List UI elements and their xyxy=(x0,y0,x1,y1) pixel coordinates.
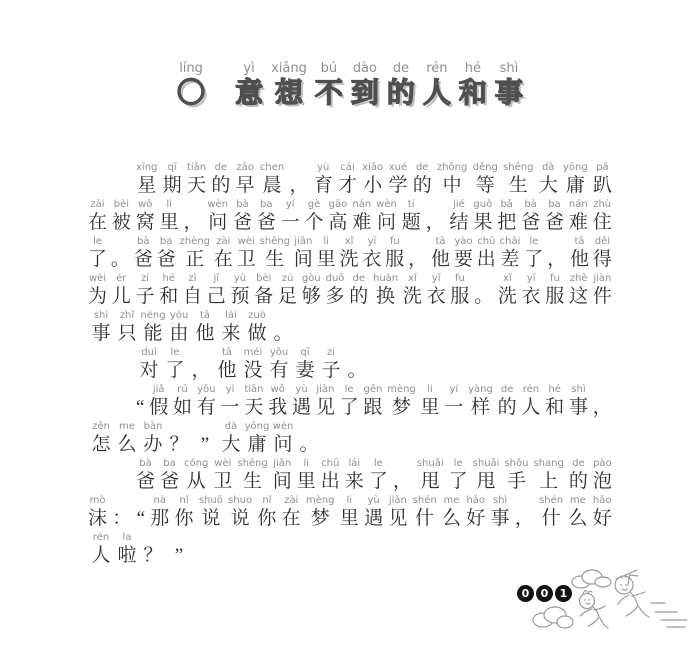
hanzi-with-pinyin: tā他 xyxy=(431,235,450,272)
hanzi-text: 衣 xyxy=(427,285,446,309)
hanzi-text: 什 xyxy=(542,507,561,531)
punctuation: ： xyxy=(112,494,131,531)
hanzi-with-pinyin: zi子 xyxy=(318,346,344,383)
hanzi-with-pinyin: bèi备 xyxy=(254,272,273,309)
hanzi-text: 被 xyxy=(112,211,131,235)
hanzi-text: 一 xyxy=(221,396,240,420)
hanzi-text: 卫 xyxy=(237,248,256,272)
hanzi-with-pinyin: jiàn件 xyxy=(593,272,612,309)
pinyin-text: jié xyxy=(453,198,465,211)
hanzi-with-pinyin: lái来 xyxy=(218,309,244,346)
pinyin-text: zì xyxy=(188,272,196,285)
pinyin-text: yí xyxy=(286,198,295,211)
pinyin-text: chen xyxy=(260,161,284,174)
hanzi-with-pinyin: yí一 xyxy=(444,383,463,420)
pinyin-text: yōng xyxy=(245,420,270,433)
hanzi-with-pinyin: chū出 xyxy=(477,235,496,272)
hanzi-text: 服 xyxy=(545,285,564,309)
hanzi-text: 爸 xyxy=(160,470,179,494)
pinyin-text: nǐ xyxy=(179,494,188,507)
pinyin-text: la xyxy=(123,531,132,544)
hanzi-text: 爸 xyxy=(257,211,276,235)
hanzi-with-pinyin: li里 xyxy=(297,457,316,494)
title-char: 人 xyxy=(423,77,451,109)
hanzi-text: 妻 xyxy=(295,359,314,383)
hanzi-text: 中 xyxy=(443,174,462,198)
hanzi-with-pinyin: chāi差 xyxy=(500,235,521,272)
hanzi-text: 难 xyxy=(352,211,371,235)
text-line: bà爸ba爸cóng从wèi卫shēng生jiān间li里chū出lái来le了… xyxy=(88,457,612,494)
pinyin-text: xǐ xyxy=(408,272,417,285)
hanzi-with-pinyin: rén人 xyxy=(88,531,114,568)
hanzi-with-pinyin: shēng生 xyxy=(503,161,533,198)
punctuation: ， xyxy=(515,494,534,531)
pinyin-text: shuǎi xyxy=(473,457,500,470)
hanzi-with-pinyin: yù育 xyxy=(314,161,333,198)
hanzi-text: 备 xyxy=(254,285,273,309)
hanzi-text: ， xyxy=(593,396,612,420)
hanzi-text: 爸 xyxy=(134,248,153,272)
hanzi-text: 假 xyxy=(149,396,168,420)
pinyin-text: fu xyxy=(390,235,400,248)
pinyin-text: jiān xyxy=(294,235,312,248)
hanzi-with-pinyin: wèi卫 xyxy=(237,235,256,272)
hanzi-text: 子 xyxy=(321,359,340,383)
title-token: bú不 xyxy=(315,60,343,109)
hanzi-with-pinyin: yì一 xyxy=(221,383,240,420)
pinyin-text: zǎo xyxy=(236,161,254,174)
pinyin-text: yōng xyxy=(563,161,588,174)
hanzi-text: 才 xyxy=(338,174,357,198)
pinyin-text: zhèng xyxy=(180,235,210,248)
pinyin-text: fu xyxy=(550,272,560,285)
pinyin-text: bà xyxy=(137,235,149,248)
hanzi-with-pinyin: mèng梦 xyxy=(306,494,335,531)
pinyin-text: zhù xyxy=(593,198,611,211)
hanzi-with-pinyin: fu服 xyxy=(545,272,564,309)
hanzi-with-pinyin: zǎo早 xyxy=(236,161,255,198)
hanzi-text: 自 xyxy=(183,285,202,309)
pinyin-text: wǒ xyxy=(271,383,285,396)
hanzi-text: ， xyxy=(191,359,210,383)
hanzi-with-pinyin: shuǎi甩 xyxy=(417,457,444,494)
hanzi-text: 庸 xyxy=(247,433,266,457)
hanzi-with-pinyin: jiān间 xyxy=(273,457,292,494)
pinyin-text: shén xyxy=(539,494,563,507)
hanzi-with-pinyin: yóu由 xyxy=(166,309,192,346)
hanzi-text: 大 xyxy=(221,433,240,457)
hanzi-with-pinyin: wǒ我 xyxy=(268,383,287,420)
hanzi-text: 里 xyxy=(160,211,179,235)
hanzi-with-pinyin: tí题 xyxy=(402,198,421,235)
pinyin-text: yù xyxy=(234,272,246,285)
pinyin-text: zěn xyxy=(92,420,110,433)
pinyin-text: jiàn xyxy=(316,383,334,396)
hanzi-text: 爸 xyxy=(521,211,540,235)
title-pinyin: dào xyxy=(353,60,377,77)
hanzi-with-pinyin: hǎo好 xyxy=(593,494,612,531)
punctuation: ， xyxy=(393,457,412,494)
hanzi-text: ” xyxy=(175,544,183,568)
hanzi-with-pinyin: méi没 xyxy=(240,346,266,383)
title-char: 和 xyxy=(459,77,487,109)
pinyin-text: chāi xyxy=(500,235,521,248)
hanzi-text: 甩 xyxy=(421,470,440,494)
pinyin-text: gè xyxy=(308,198,321,211)
pinyin-text: gòu xyxy=(302,272,321,285)
pinyin-text: de xyxy=(572,457,585,470)
hanzi-with-pinyin: tiān天 xyxy=(187,161,206,198)
hanzi-text: ， xyxy=(408,248,427,272)
cloud-icon xyxy=(533,607,573,628)
hanzi-text: 小 xyxy=(363,174,382,198)
hanzi-with-pinyin: nán难 xyxy=(569,198,588,235)
hanzi-with-pinyin: bàn办 xyxy=(140,420,166,457)
hanzi-with-pinyin: jiǎ假 xyxy=(149,383,168,420)
hanzi-text: 把 xyxy=(497,211,516,235)
pinyin-text: le xyxy=(171,346,180,359)
text-line: xīng星qī期tiān天de的zǎo早chen晨，yù育cái才xiǎo小xu… xyxy=(88,161,612,198)
pinyin-text: dà xyxy=(225,420,237,433)
hanzi-text: 人 xyxy=(91,544,110,568)
hanzi-text: 上 xyxy=(539,470,558,494)
text-line: rén人la啦？” xyxy=(88,531,612,568)
hanzi-with-pinyin: cái才 xyxy=(338,161,357,198)
hanzi-text: 育 xyxy=(314,174,333,198)
text-line: shì事zhǐ只néng能yóu由tā他lái来zuò做。 xyxy=(88,309,612,346)
hanzi-text: 和 xyxy=(545,396,564,420)
page-number-digit: 1 xyxy=(555,585,572,602)
pinyin-text: fu xyxy=(455,272,465,285)
hanzi-with-pinyin: jǐ己 xyxy=(207,272,226,309)
hanzi-with-pinyin: wèn问 xyxy=(207,198,228,235)
hanzi-text: 的 xyxy=(413,174,432,198)
pinyin-text: wèi xyxy=(214,457,231,470)
punctuation: ， xyxy=(184,198,203,235)
pinyin-text: de xyxy=(353,272,366,285)
title-token: hé和 xyxy=(459,60,487,109)
title-token: yì意 xyxy=(235,60,263,109)
page-number-digit: 0 xyxy=(536,585,553,602)
hanzi-text: ， xyxy=(547,248,566,272)
pinyin-text: wèn xyxy=(273,420,294,433)
hanzi-with-pinyin: shang上 xyxy=(533,457,563,494)
hanzi-with-pinyin: yī衣 xyxy=(522,272,541,309)
hanzi-with-pinyin: bà爸 xyxy=(136,457,155,494)
pinyin-text: tiān xyxy=(244,383,263,396)
pinyin-text: zhǐ xyxy=(120,309,134,322)
hanzi-text: ” xyxy=(201,433,209,457)
hanzi-with-pinyin: bà爸 xyxy=(521,198,540,235)
hanzi-with-pinyin: xǐ洗 xyxy=(403,272,422,309)
pinyin-text: ba xyxy=(163,457,175,470)
pinyin-text: shì xyxy=(571,383,585,396)
hanzi-text: 有 xyxy=(197,396,216,420)
hanzi-with-pinyin: jiān间 xyxy=(294,235,313,272)
hanzi-text: 只 xyxy=(117,322,136,346)
hanzi-text: 你 xyxy=(175,507,194,531)
hanzi-with-pinyin: de的 xyxy=(569,457,588,494)
hanzi-with-pinyin: yù遇 xyxy=(292,383,311,420)
title-char: 的 xyxy=(387,77,415,109)
hanzi-text: 能 xyxy=(143,322,162,346)
hanzi-text: 啦 xyxy=(117,544,136,568)
hanzi-text: 一 xyxy=(281,211,300,235)
hanzi-with-pinyin: rén人 xyxy=(521,383,540,420)
hanzi-text: 如 xyxy=(173,396,192,420)
pinyin-text: bà xyxy=(139,457,151,470)
pinyin-text: duì xyxy=(141,346,156,359)
hanzi-text: 见 xyxy=(388,507,407,531)
pinyin-text: shì xyxy=(493,494,507,507)
text-line: “jiǎ假rú如yǒu有yì一tiān天wǒ我yù遇jiàn见le了gēn跟mè… xyxy=(88,383,612,420)
pinyin-text: hǎo xyxy=(593,494,612,507)
pinyin-text: bèi xyxy=(114,198,129,211)
hanzi-text: 间 xyxy=(294,248,313,272)
hanzi-text: 人 xyxy=(521,396,540,420)
hanzi-with-pinyin: yī衣 xyxy=(427,272,446,309)
hanzi-with-pinyin: shén什 xyxy=(539,494,563,531)
hanzi-text: 生 xyxy=(265,248,284,272)
hanzi-text: 对 xyxy=(139,359,158,383)
hanzi-with-pinyin: yī衣 xyxy=(362,235,381,272)
pinyin-text: dà xyxy=(542,161,554,174)
hanzi-with-pinyin: fu服 xyxy=(385,235,404,272)
hanzi-text: 什 xyxy=(415,507,434,531)
pinyin-text: mèng xyxy=(306,494,335,507)
pinyin-text: lái xyxy=(225,309,237,322)
hanzi-text: 里 xyxy=(317,248,336,272)
hanzi-text: 天 xyxy=(244,396,263,420)
pinyin-text: děng xyxy=(473,161,498,174)
hanzi-with-pinyin: guǒ果 xyxy=(473,198,492,235)
pinyin-text: gāo xyxy=(329,198,348,211)
pinyin-text: zuò xyxy=(248,309,266,322)
title-pinyin: rén xyxy=(426,60,447,77)
text-line: zěn怎me么bàn办？”dà大yōng庸wèn问。 xyxy=(88,420,612,457)
story-text: xīng星qī期tiān天de的zǎo早chen晨，yù育cái才xiǎo小xu… xyxy=(88,161,612,568)
hanzi-with-pinyin: yǒu有 xyxy=(197,383,216,420)
hanzi-with-pinyin: nǐ你 xyxy=(175,494,194,531)
pinyin-text: le xyxy=(93,235,102,248)
punctuation: 。 xyxy=(344,346,370,383)
hanzi-with-pinyin: qī期 xyxy=(163,161,182,198)
hanzi-with-pinyin: gòu够 xyxy=(302,272,321,309)
pinyin-text: tā xyxy=(200,309,210,322)
hanzi-text: ， xyxy=(393,470,412,494)
hanzi-with-pinyin: wō窝 xyxy=(136,198,155,235)
hanzi-with-pinyin: zhōng中 xyxy=(437,161,467,198)
punctuation: ” xyxy=(166,531,192,568)
hanzi-with-pinyin: mèng梦 xyxy=(387,383,416,420)
punctuation: “ xyxy=(137,494,145,531)
hanzi-text: 么 xyxy=(568,507,587,531)
hanzi-text: 足 xyxy=(278,285,297,309)
pinyin-text: xǐ xyxy=(503,272,512,285)
pinyin-text: děi xyxy=(595,235,610,248)
hanzi-with-pinyin: zěn怎 xyxy=(88,420,114,457)
pinyin-text: nán xyxy=(569,198,588,211)
hanzi-with-pinyin: nán难 xyxy=(352,198,371,235)
hanzi-with-pinyin: hǎo好 xyxy=(466,494,485,531)
pinyin-text: pā xyxy=(596,161,608,174)
pinyin-text: qī xyxy=(300,346,309,359)
punctuation: “ xyxy=(136,383,144,420)
hanzi-with-pinyin: ba爸 xyxy=(257,198,276,235)
hanzi-text: 生 xyxy=(509,174,528,198)
hanzi-with-pinyin: duì对 xyxy=(136,346,162,383)
hanzi-with-pinyin: shēng生 xyxy=(237,457,267,494)
hanzi-text: 大 xyxy=(539,174,558,198)
pinyin-text: zi xyxy=(141,272,149,285)
title-token: rén人 xyxy=(423,60,451,109)
pinyin-text: yí xyxy=(449,383,458,396)
hanzi-text: 件 xyxy=(593,285,612,309)
pinyin-text: néng xyxy=(140,309,165,322)
punctuation: 。 xyxy=(270,309,296,346)
hanzi-with-pinyin: chū出 xyxy=(321,457,340,494)
pinyin-text: shén xyxy=(413,494,437,507)
pinyin-text: jiàn xyxy=(593,272,611,285)
pinyin-text: shì xyxy=(94,309,108,322)
pinyin-text: tiān xyxy=(187,161,206,174)
hanzi-with-pinyin: shì事 xyxy=(569,383,588,420)
title-char: 事 xyxy=(495,77,523,109)
hanzi-with-pinyin: wèn问 xyxy=(376,198,397,235)
pinyin-text: chū xyxy=(477,235,495,248)
pinyin-text: yào xyxy=(454,235,472,248)
pinyin-text: wèn xyxy=(376,198,397,211)
pinyin-text: zhōng xyxy=(437,161,467,174)
pinyin-text: yǒu xyxy=(197,383,215,396)
children-running-illustration xyxy=(527,565,697,645)
hanzi-text: 一 xyxy=(444,396,463,420)
pinyin-text: mèng xyxy=(387,383,416,396)
hanzi-text: 那 xyxy=(150,507,169,531)
pinyin-text: shuo xyxy=(228,494,252,507)
pinyin-text: ba xyxy=(160,235,172,248)
hanzi-text: 趴 xyxy=(593,174,612,198)
hanzi-with-pinyin: huàn换 xyxy=(373,272,398,309)
title-pinyin: xiǎng xyxy=(271,60,307,77)
chapter-title: líng〇yì意xiǎng想bú不dào到de的rén人hé和shì事 xyxy=(0,60,700,109)
hanzi-text: 住 xyxy=(593,211,612,235)
hanzi-text: 这 xyxy=(569,285,588,309)
hanzi-with-pinyin: le了 xyxy=(449,457,468,494)
hanzi-text: 没 xyxy=(243,359,262,383)
hanzi-text: 里 xyxy=(421,396,440,420)
hanzi-text: 沫 xyxy=(88,507,107,531)
pinyin-text: li xyxy=(303,457,309,470)
hanzi-with-pinyin: děng等 xyxy=(473,161,498,198)
pinyin-text: li xyxy=(347,494,353,507)
pinyin-text: wèi xyxy=(89,272,106,285)
hanzi-with-pinyin: shēng生 xyxy=(260,235,290,272)
hanzi-text: ： xyxy=(112,507,131,531)
pinyin-text: yàng xyxy=(468,383,493,396)
hanzi-with-pinyin: le了 xyxy=(340,383,359,420)
pinyin-text: rú xyxy=(177,383,187,396)
text-line: wèi为ér儿zi子hé和zì自jǐ己yù预bèi备zú足gòu够duō多de的… xyxy=(88,272,612,309)
hanzi-with-pinyin: wèi为 xyxy=(88,272,107,309)
hanzi-text: 手 xyxy=(507,470,526,494)
hanzi-text: 事 xyxy=(91,322,110,346)
hanzi-text: 跟 xyxy=(363,396,382,420)
pinyin-text: hé xyxy=(163,272,176,285)
pinyin-text: zi xyxy=(327,346,335,359)
hanzi-with-pinyin: zài在 xyxy=(214,235,233,272)
punctuation: ” xyxy=(192,420,218,457)
pinyin-text: mò xyxy=(90,494,106,507)
pinyin-text: bàn xyxy=(144,420,163,433)
hanzi-with-pinyin: le了 xyxy=(162,346,188,383)
hanzi-with-pinyin: la啦 xyxy=(114,531,140,568)
hanzi-text: 结 xyxy=(449,211,468,235)
pinyin-text: yù xyxy=(295,383,307,396)
hanzi-text: 他 xyxy=(217,359,236,383)
hanzi-text: 怎 xyxy=(91,433,110,457)
hanzi-text: 要 xyxy=(454,248,473,272)
hanzi-text: 他 xyxy=(570,248,589,272)
pinyin-text: nán xyxy=(352,198,371,211)
hanzi-text: 学 xyxy=(388,174,407,198)
hanzi-text: 问 xyxy=(377,211,396,235)
title-char: 不 xyxy=(315,77,343,109)
pinyin-text: tā xyxy=(575,235,585,248)
hanzi-with-pinyin: xīng星 xyxy=(136,161,157,198)
pinyin-text: hé xyxy=(548,383,561,396)
hanzi-text: 窝 xyxy=(136,211,155,235)
pinyin-text: yī xyxy=(527,272,536,285)
hanzi-text: 。 xyxy=(299,433,318,457)
hanzi-text: 问 xyxy=(273,433,292,457)
hanzi-with-pinyin: xǐ洗 xyxy=(498,272,517,309)
pinyin-text: me xyxy=(570,494,586,507)
pinyin-text: duō xyxy=(326,272,345,285)
hanzi-text: 够 xyxy=(302,285,321,309)
hanzi-with-pinyin: děi得 xyxy=(593,235,612,272)
punctuation: ， xyxy=(547,235,566,272)
hanzi-text: 难 xyxy=(569,211,588,235)
hanzi-text: “ xyxy=(137,507,145,531)
hanzi-text: 我 xyxy=(268,396,287,420)
hanzi-text: 从 xyxy=(187,470,206,494)
punctuation: 。 xyxy=(296,420,322,457)
hanzi-text: 儿 xyxy=(112,285,131,309)
text-line: duì对le了，tā他méi没yǒu有qī妻zi子。 xyxy=(88,346,612,383)
child-figure xyxy=(580,591,609,628)
hanzi-text: 为 xyxy=(88,285,107,309)
punctuation: ， xyxy=(188,346,214,383)
pinyin-text: jiān xyxy=(273,457,291,470)
pinyin-text: li xyxy=(323,235,329,248)
hanzi-with-pinyin: duō多 xyxy=(326,272,345,309)
text-line: mò沫：“nà那nǐ你shuō说shuo说nǐ你zài在mèng梦li里yù遇j… xyxy=(88,494,612,531)
pinyin-text: zài xyxy=(90,198,104,211)
hanzi-with-pinyin: zì自 xyxy=(183,272,202,309)
hanzi-text: 。 xyxy=(111,248,130,272)
hanzi-with-pinyin: jiàn见 xyxy=(388,494,407,531)
pinyin-text: yóu xyxy=(170,309,188,322)
pinyin-text: shēng xyxy=(237,457,267,470)
hanzi-with-pinyin: de的 xyxy=(413,161,432,198)
hanzi-text: 爸 xyxy=(136,470,155,494)
title-token: dào到 xyxy=(351,60,379,109)
pinyin-text: ba xyxy=(260,198,272,211)
punctuation: 。 xyxy=(474,272,493,309)
hanzi-with-pinyin: dà大 xyxy=(218,420,244,457)
title-pinyin: shì xyxy=(500,60,519,77)
